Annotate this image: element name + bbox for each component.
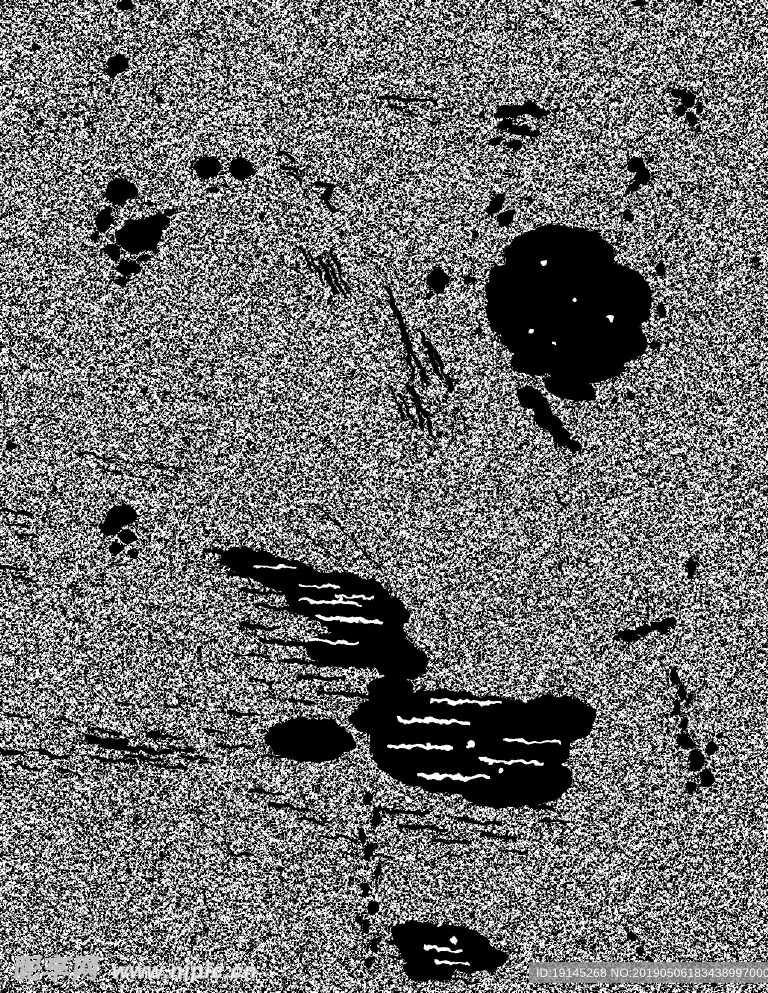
- stock-image-page: 昵享网 www.nipic.cn ID:19145268 NO:20190506…: [0, 0, 768, 993]
- image-id-bar: ID:19145268 NO:20190506183438997000: [529, 962, 768, 983]
- image-id-text: ID:19145268 NO:20190506183438997000: [536, 966, 768, 980]
- speckle-noise-layer: [0, 0, 768, 993]
- grunge-ink-texture: [0, 0, 768, 993]
